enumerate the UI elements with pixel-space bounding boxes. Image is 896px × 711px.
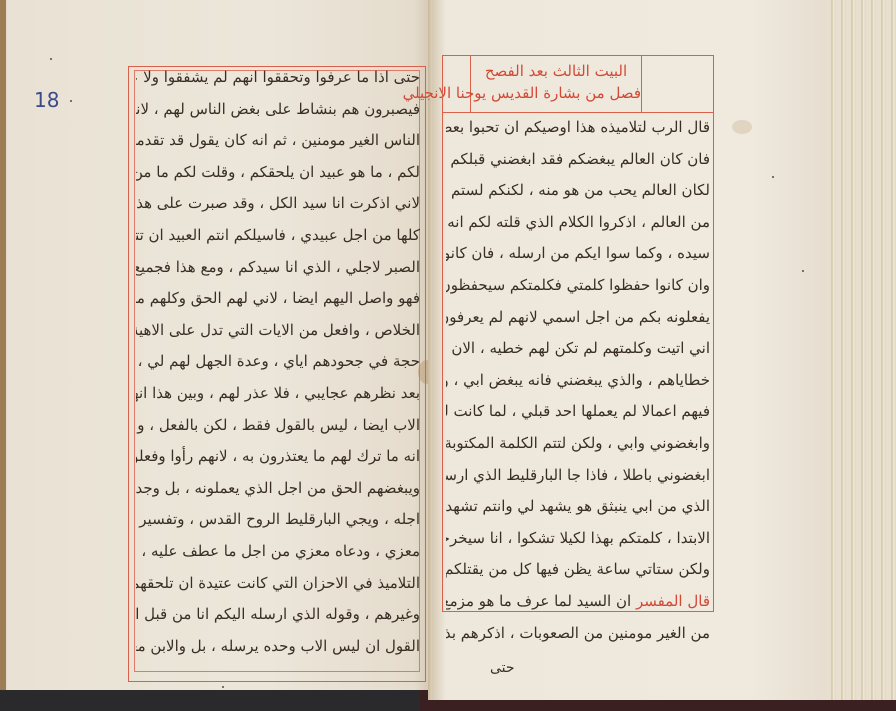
text-line: اني اتيت وكلمتهم لم تكن لهم خطيه ، الان … <box>446 333 710 365</box>
text-line: خطاياهم ، والذي يبغضني فانه يبغض ابي ، و… <box>446 365 710 397</box>
text-line: وان كانوا حفظوا كلمتي فكلمتكم سيحفظون ، … <box>446 270 710 302</box>
speck <box>70 100 72 102</box>
folio-number: 18 <box>34 88 59 112</box>
text-line: انه ما ترك لهم ما يعتذرون به ، لانهم رأو… <box>136 441 420 473</box>
text-line: بعد نظرهم عجايبي ، فلا عذر لهم ، وبين هذ… <box>136 378 420 410</box>
rubric-label: قال المفسر <box>636 592 710 610</box>
text-line: فيهم اعمالا لم يعملها احد قبلي ، لما كان… <box>446 396 710 428</box>
text-line: معزي ، ودعاه معزي من اجل ما عطف عليه ، ل… <box>136 536 420 568</box>
text-line: الاب ايضا ، ليس بالقول فقط ، لكن بالفعل … <box>136 410 420 442</box>
text-line: قال الرب لتلاميذه هذا اوصيكم ان تحبوا بع… <box>446 112 710 144</box>
text-line-rubric: قال المفسر ان السيد لما عرف ما هو مزمع ا… <box>446 586 710 618</box>
text-line: الابتدا ، كلمتكم بهذا لكيلا تشكوا ، انا … <box>446 523 710 555</box>
text-line: ابغضوني باطلا ، فاذا جا البارقليط الذي ا… <box>446 460 710 492</box>
text-line: من الغير مومنين من الصعوبات ، اذكرهم بذا… <box>446 618 710 650</box>
text-line: حتى اذا ما عرفوا وتحققوا انهم لم يشفقوا … <box>136 62 420 94</box>
text-line: لكان العالم يحب من هو منه ، لكنكم لستم م… <box>446 175 710 207</box>
speck <box>50 58 52 60</box>
text-line: فيصبرون هم بنشاط على بغض الناس لهم ، لان… <box>136 94 420 126</box>
text-line: القول ان ليس الاب وحده يرسله ، بل والابن… <box>136 631 420 663</box>
text-line: الخلاص ، وافعل من الايات التي تدل على ال… <box>136 315 420 347</box>
text-line: كلها من اجل عبيدي ، فاسيلكم انتم العبيد … <box>136 220 420 252</box>
catchword: حتى <box>490 660 515 676</box>
text-line: ولكن ستاتي ساعة يظن فيها كل من يقتلكم ، … <box>446 554 710 586</box>
text-line: الصبر لاجلي ، الذي انا سيدكم ، ومع هذا ف… <box>136 252 420 284</box>
speck <box>772 176 774 178</box>
text-line: التلاميذ في الاحزان التي كانت عتيدة ان ت… <box>136 568 420 600</box>
speck <box>222 686 224 688</box>
page-edges-stack <box>826 0 896 700</box>
heading-outer-frame <box>442 55 714 113</box>
left-page: 18 حتى اذا ما عرفوا وتحققوا انهم لم يشفق… <box>0 0 436 690</box>
stain <box>732 120 752 134</box>
text-line: وغيرهم ، وقوله الذي ارسله اليكم انا من ق… <box>136 599 420 631</box>
text-line: الناس الغير مومنين ، ثم انه كان يقول قد … <box>136 125 420 157</box>
text-line: لكم ، ما هو عبيد ان يلحقكم ، وقلت لكم ما… <box>136 157 420 189</box>
text-line: من العالم ، اذكروا الكلام الذي قلته لكم … <box>446 207 710 239</box>
text-line: فهو واصل اليهم ايضا ، لاني لهم الحق وكله… <box>136 283 420 315</box>
text-line: وابغضوني وابي ، ولكن لتتم الكلمة المكتوب… <box>446 428 710 460</box>
text-line: فان كان العالم يبغضكم فقد ابغضني قبلكم ،… <box>446 144 710 176</box>
left-page-edge <box>0 0 6 690</box>
text-line: ويبغضهم الحق من اجل الذي يعملونه ، بل وج… <box>136 473 420 505</box>
text-line: اجله ، ويجي البارقليط الروح القدس ، وتفس… <box>136 504 420 536</box>
text-fragment: ان السيد لما عرف ما هو مزمع ان ينال التل… <box>446 592 631 610</box>
text-line: سيده ، وكما سوا ايكم من ارسله ، فان كانو… <box>446 238 710 270</box>
text-line: يفعلونه بكم من اجل اسمي لانهم لم يعرفون … <box>446 302 710 334</box>
right-text-body: قال الرب لتلاميذه هذا اوصيكم ان تحبوا بع… <box>446 112 710 649</box>
text-line: لاني اذكرت انا سيد الكل ، وقد صبرت على ه… <box>136 188 420 220</box>
right-page: البيت الثالث بعد الفصح فصل من بشارة القد… <box>432 0 830 700</box>
left-text-body: حتى اذا ما عرفوا وتحققوا انهم لم يشفقوا … <box>136 62 420 662</box>
text-line: حجة في جحودهم اياي ، وعدة الجهل لهم لي ،… <box>136 346 420 378</box>
text-line: الذي من ابي ينبثق هو يشهد لي وانتم تشهدو… <box>446 491 710 523</box>
speck <box>802 270 804 272</box>
manuscript-photo: 18 حتى اذا ما عرفوا وتحققوا انهم لم يشفق… <box>0 0 896 711</box>
